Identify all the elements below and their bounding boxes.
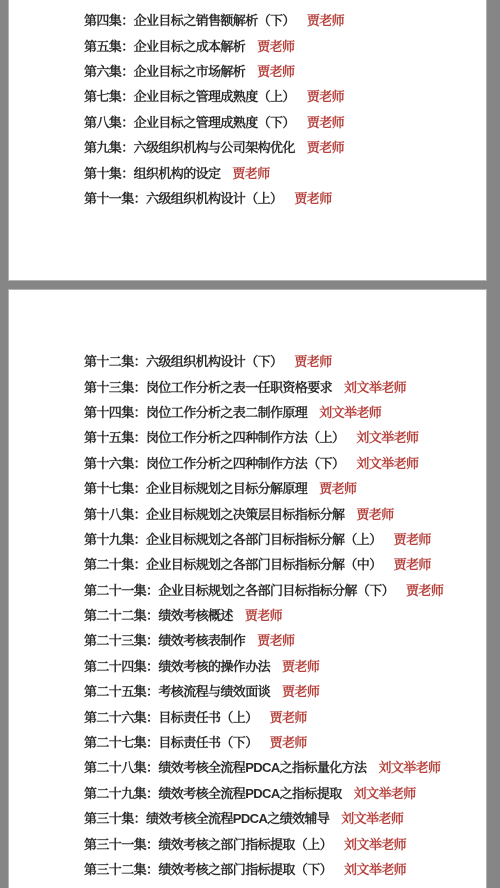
teacher-name: 贾老师 <box>282 656 319 675</box>
episode-title: 第二十九集：绩效考核全流程PDCA之指标提取 <box>84 783 342 802</box>
teacher-name: 贾老师 <box>294 188 331 207</box>
episode-title: 第十七集：企业目标规划之目标分解原理 <box>84 478 307 497</box>
document-page-2: 第十二集：六级组织机构设计（下） 贾老师 第十三集：岗位工作分析之表一任职资格要… <box>8 289 487 888</box>
episode-row: 第五集：企业目标之成本解析 贾老师 <box>9 32 486 57</box>
episode-title: 第十一集：六级组织机构设计（上） <box>84 188 282 207</box>
episode-row: 第二十七集：目标责任书（下） 贾老师 <box>9 729 486 754</box>
teacher-name: 贾老师 <box>406 580 443 599</box>
teacher-name: 贾老师 <box>282 681 319 700</box>
episode-title: 第二十五集：考核流程与绩效面谈 <box>84 681 270 700</box>
teacher-name: 贾老师 <box>394 529 431 548</box>
episode-row: 第九集：六级组织机构与公司架构优化 贾老师 <box>9 134 486 159</box>
episode-row: 第十七集：企业目标规划之目标分解原理 贾老师 <box>9 475 486 500</box>
episode-row: 第八集：企业目标之管理成熟度（下） 贾老师 <box>9 109 486 134</box>
episode-row: 第二十二集：绩效考核概述 贾老师 <box>9 602 486 627</box>
episode-title: 第十四集：岗位工作分析之表二制作原理 <box>84 402 307 421</box>
document-page-1: 第四集：企业目标之销售额解析（下） 贾老师 第五集：企业目标之成本解析 贾老师 … <box>8 0 487 281</box>
teacher-name: 贾老师 <box>307 10 344 29</box>
episode-title: 第十九集：企业目标规划之各部门目标指标分解（上） <box>84 529 382 548</box>
episode-title: 第九集：六级组织机构与公司架构优化 <box>84 137 295 156</box>
teacher-name: 贾老师 <box>270 732 307 751</box>
episode-title: 第三十二集：绩效考核之部门指标提取（下） <box>84 859 332 878</box>
teacher-name: 贾老师 <box>294 351 331 370</box>
teacher-name: 贾老师 <box>319 478 356 497</box>
teacher-name: 贾老师 <box>394 554 431 573</box>
episode-row: 第二十九集：绩效考核全流程PDCA之指标提取 刘文举老师 <box>9 780 486 805</box>
episode-row: 第十九集：企业目标规划之各部门目标指标分解（上） 贾老师 <box>9 526 486 551</box>
episode-title: 第二十四集：绩效考核的操作办法 <box>84 656 270 675</box>
episode-row: 第二十三集：绩效考核表制作 贾老师 <box>9 627 486 652</box>
episode-title: 第六集：企业目标之市场解析 <box>84 61 245 80</box>
episode-title: 第三十一集：绩效考核之部门指标提取（上） <box>84 834 332 853</box>
episode-title: 第十三集：岗位工作分析之表一任职资格要求 <box>84 377 332 396</box>
episode-row: 第四集：企业目标之销售额解析（下） 贾老师 <box>9 7 486 32</box>
teacher-name: 贾老师 <box>307 112 344 131</box>
teacher-name: 刘文举老师 <box>344 859 406 878</box>
teacher-name: 刘文举老师 <box>319 402 381 421</box>
teacher-name: 贾老师 <box>356 504 393 523</box>
episode-row: 第七集：企业目标之管理成熟度（上） 贾老师 <box>9 83 486 108</box>
episode-title: 第三十集：绩效考核全流程PDCA之绩效辅导 <box>84 808 329 827</box>
teacher-name: 刘文举老师 <box>344 377 406 396</box>
episode-row: 第十四集：岗位工作分析之表二制作原理 刘文举老师 <box>9 399 486 424</box>
episode-row: 第十八集：企业目标规划之决策层目标指标分解 贾老师 <box>9 500 486 525</box>
episode-list-page-1: 第四集：企业目标之销售额解析（下） 贾老师 第五集：企业目标之成本解析 贾老师 … <box>9 0 486 210</box>
episode-row: 第十三集：岗位工作分析之表一任职资格要求 刘文举老师 <box>9 373 486 398</box>
teacher-name: 刘文举老师 <box>356 427 418 446</box>
teacher-name: 刘文举老师 <box>344 834 406 853</box>
episode-title: 第二十二集：绩效考核概述 <box>84 605 233 624</box>
episode-title: 第二十八集：绩效考核全流程PDCA之指标量化方法 <box>84 757 366 776</box>
teacher-name: 贾老师 <box>245 605 282 624</box>
teacher-name: 贾老师 <box>232 163 269 182</box>
teacher-name: 贾老师 <box>307 137 344 156</box>
episode-row: 第三十集：绩效考核全流程PDCA之绩效辅导 刘文举老师 <box>9 805 486 830</box>
episode-title: 第十八集：企业目标规划之决策层目标指标分解 <box>84 504 344 523</box>
teacher-name: 贾老师 <box>257 61 294 80</box>
episode-title: 第七集：企业目标之管理成熟度（上） <box>84 86 295 105</box>
episode-title: 第二十三集：绩效考核表制作 <box>84 630 245 649</box>
episode-title: 第二十集：企业目标规划之各部门目标指标分解（中） <box>84 554 382 573</box>
episode-row: 第三十二集：绩效考核之部门指标提取（下） 刘文举老师 <box>9 856 486 881</box>
teacher-name: 刘文举老师 <box>354 783 416 802</box>
episode-row: 第二十八集：绩效考核全流程PDCA之指标量化方法 刘文举老师 <box>9 754 486 779</box>
episode-row: 第十六集：岗位工作分析之四种制作方法（下） 刘文举老师 <box>9 450 486 475</box>
teacher-name: 贾老师 <box>307 86 344 105</box>
episode-row: 第二十一集：企业目标规划之各部门目标指标分解（下） 贾老师 <box>9 577 486 602</box>
episode-row: 第二十四集：绩效考核的操作办法 贾老师 <box>9 653 486 678</box>
episode-title: 第十集：组织机构的设定 <box>84 163 220 182</box>
episode-row: 第十集：组织机构的设定 贾老师 <box>9 159 486 184</box>
teacher-name: 贾老师 <box>257 36 294 55</box>
episode-title: 第二十六集：目标责任书（上） <box>84 707 258 726</box>
episode-title: 第十二集：六级组织机构设计（下） <box>84 351 282 370</box>
episode-row: 第二十五集：考核流程与绩效面谈 贾老师 <box>9 678 486 703</box>
episode-title: 第四集：企业目标之销售额解析（下） <box>84 10 295 29</box>
teacher-name: 刘文举老师 <box>356 453 418 472</box>
episode-title: 第十五集：岗位工作分析之四种制作方法（上） <box>84 427 344 446</box>
episode-title: 第十六集：岗位工作分析之四种制作方法（下） <box>84 453 344 472</box>
page-gap <box>0 281 500 289</box>
episode-row: 第二十集：企业目标规划之各部门目标指标分解（中） 贾老师 <box>9 551 486 576</box>
teacher-name: 贾老师 <box>270 707 307 726</box>
episode-title: 第八集：企业目标之管理成熟度（下） <box>84 112 295 131</box>
teacher-name: 贾老师 <box>257 630 294 649</box>
episode-row: 第二十六集：目标责任书（上） 贾老师 <box>9 703 486 728</box>
episode-title: 第二十七集：目标责任书（下） <box>84 732 258 751</box>
episode-title: 第二十一集：企业目标规划之各部门目标指标分解（下） <box>84 580 394 599</box>
episode-row: 第三十一集：绩效考核之部门指标提取（上） 刘文举老师 <box>9 830 486 855</box>
teacher-name: 刘文举老师 <box>378 757 440 776</box>
episode-row: 第十二集：六级组织机构设计（下） 贾老师 <box>9 348 486 373</box>
episode-row: 第六集：企业目标之市场解析 贾老师 <box>9 58 486 83</box>
episode-row: 第十一集：六级组织机构设计（上） 贾老师 <box>9 185 486 210</box>
episode-title: 第五集：企业目标之成本解析 <box>84 36 245 55</box>
episode-list-page-2: 第十二集：六级组织机构设计（下） 贾老师 第十三集：岗位工作分析之表一任职资格要… <box>9 290 486 881</box>
episode-row: 第十五集：岗位工作分析之四种制作方法（上） 刘文举老师 <box>9 424 486 449</box>
teacher-name: 刘文举老师 <box>341 808 403 827</box>
